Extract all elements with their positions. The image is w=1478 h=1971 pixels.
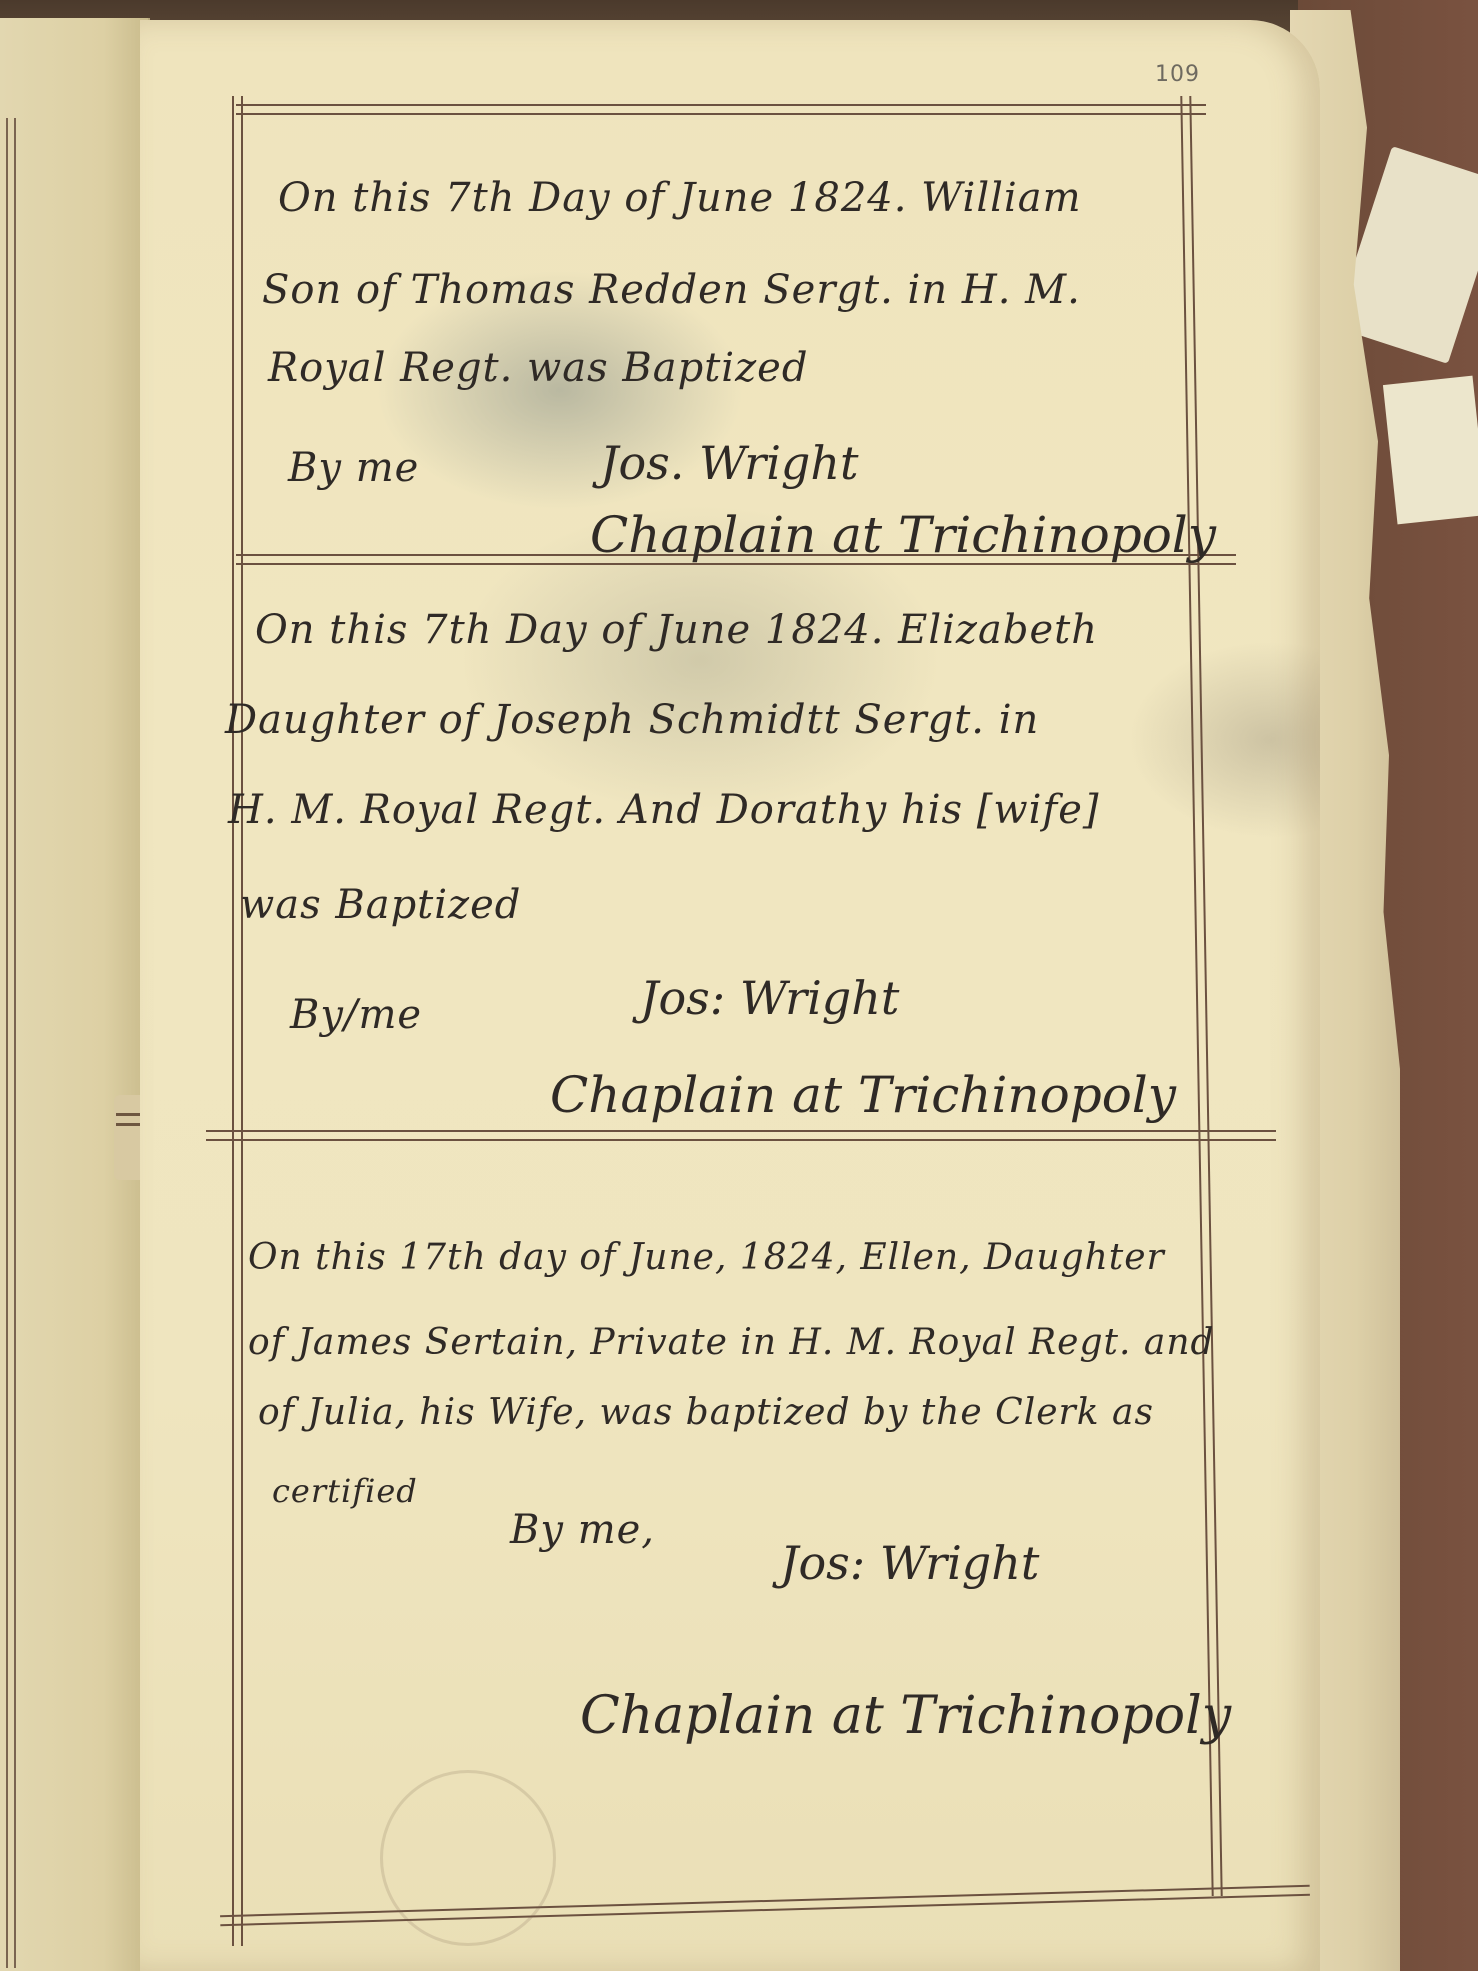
chaplain-title: Chaplain at Trichinopoly xyxy=(550,1070,1176,1120)
entry-line: was Baptized xyxy=(240,885,521,925)
left-page-rule xyxy=(14,118,16,1968)
page-number: 109 xyxy=(1155,62,1200,87)
facing-left-page xyxy=(0,18,150,1971)
entry-line: Royal Regt. was Baptized xyxy=(268,348,808,388)
chaplain-title: Chaplain at Trichinopoly xyxy=(590,510,1216,560)
frame-left-rule xyxy=(232,96,243,1946)
frame-top-rule xyxy=(236,104,1206,115)
chaplain-title: Chaplain at Trichinopoly xyxy=(580,1690,1231,1742)
entry-line: certified xyxy=(272,1475,418,1507)
entry-line: On this 7th Day of June 1824. Elizabeth xyxy=(255,610,1098,650)
signature: Jos: Wright xyxy=(780,1540,1039,1586)
bleed-through-ink xyxy=(380,1770,556,1946)
entry-divider xyxy=(206,1130,1276,1141)
loose-paper-scrap xyxy=(1383,376,1478,525)
entry-line: Daughter of Joseph Schmidtt Sergt. in xyxy=(225,700,1039,740)
signature: Jos: Wright xyxy=(640,975,899,1021)
entry-line: of James Sertain, Private in H. M. Royal… xyxy=(248,1325,1215,1361)
by-me-label: By me xyxy=(288,448,419,488)
entry-line: of Julia, his Wife, was baptized by the … xyxy=(258,1395,1154,1431)
left-page-rule xyxy=(6,118,8,1968)
entry-line: On this 17th day of June, 1824, Ellen, D… xyxy=(248,1240,1165,1276)
signature: Jos. Wright xyxy=(600,440,858,486)
entry-line: On this 7th Day of June 1824. William xyxy=(278,178,1082,218)
entry-line: Son of Thomas Redden Sergt. in H. M. xyxy=(262,270,1081,310)
by-me-label: By/me xyxy=(290,995,422,1035)
by-me-label: By me, xyxy=(510,1510,655,1550)
entry-line: H. M. Royal Regt. And Dorathy his [wife] xyxy=(228,790,1100,830)
